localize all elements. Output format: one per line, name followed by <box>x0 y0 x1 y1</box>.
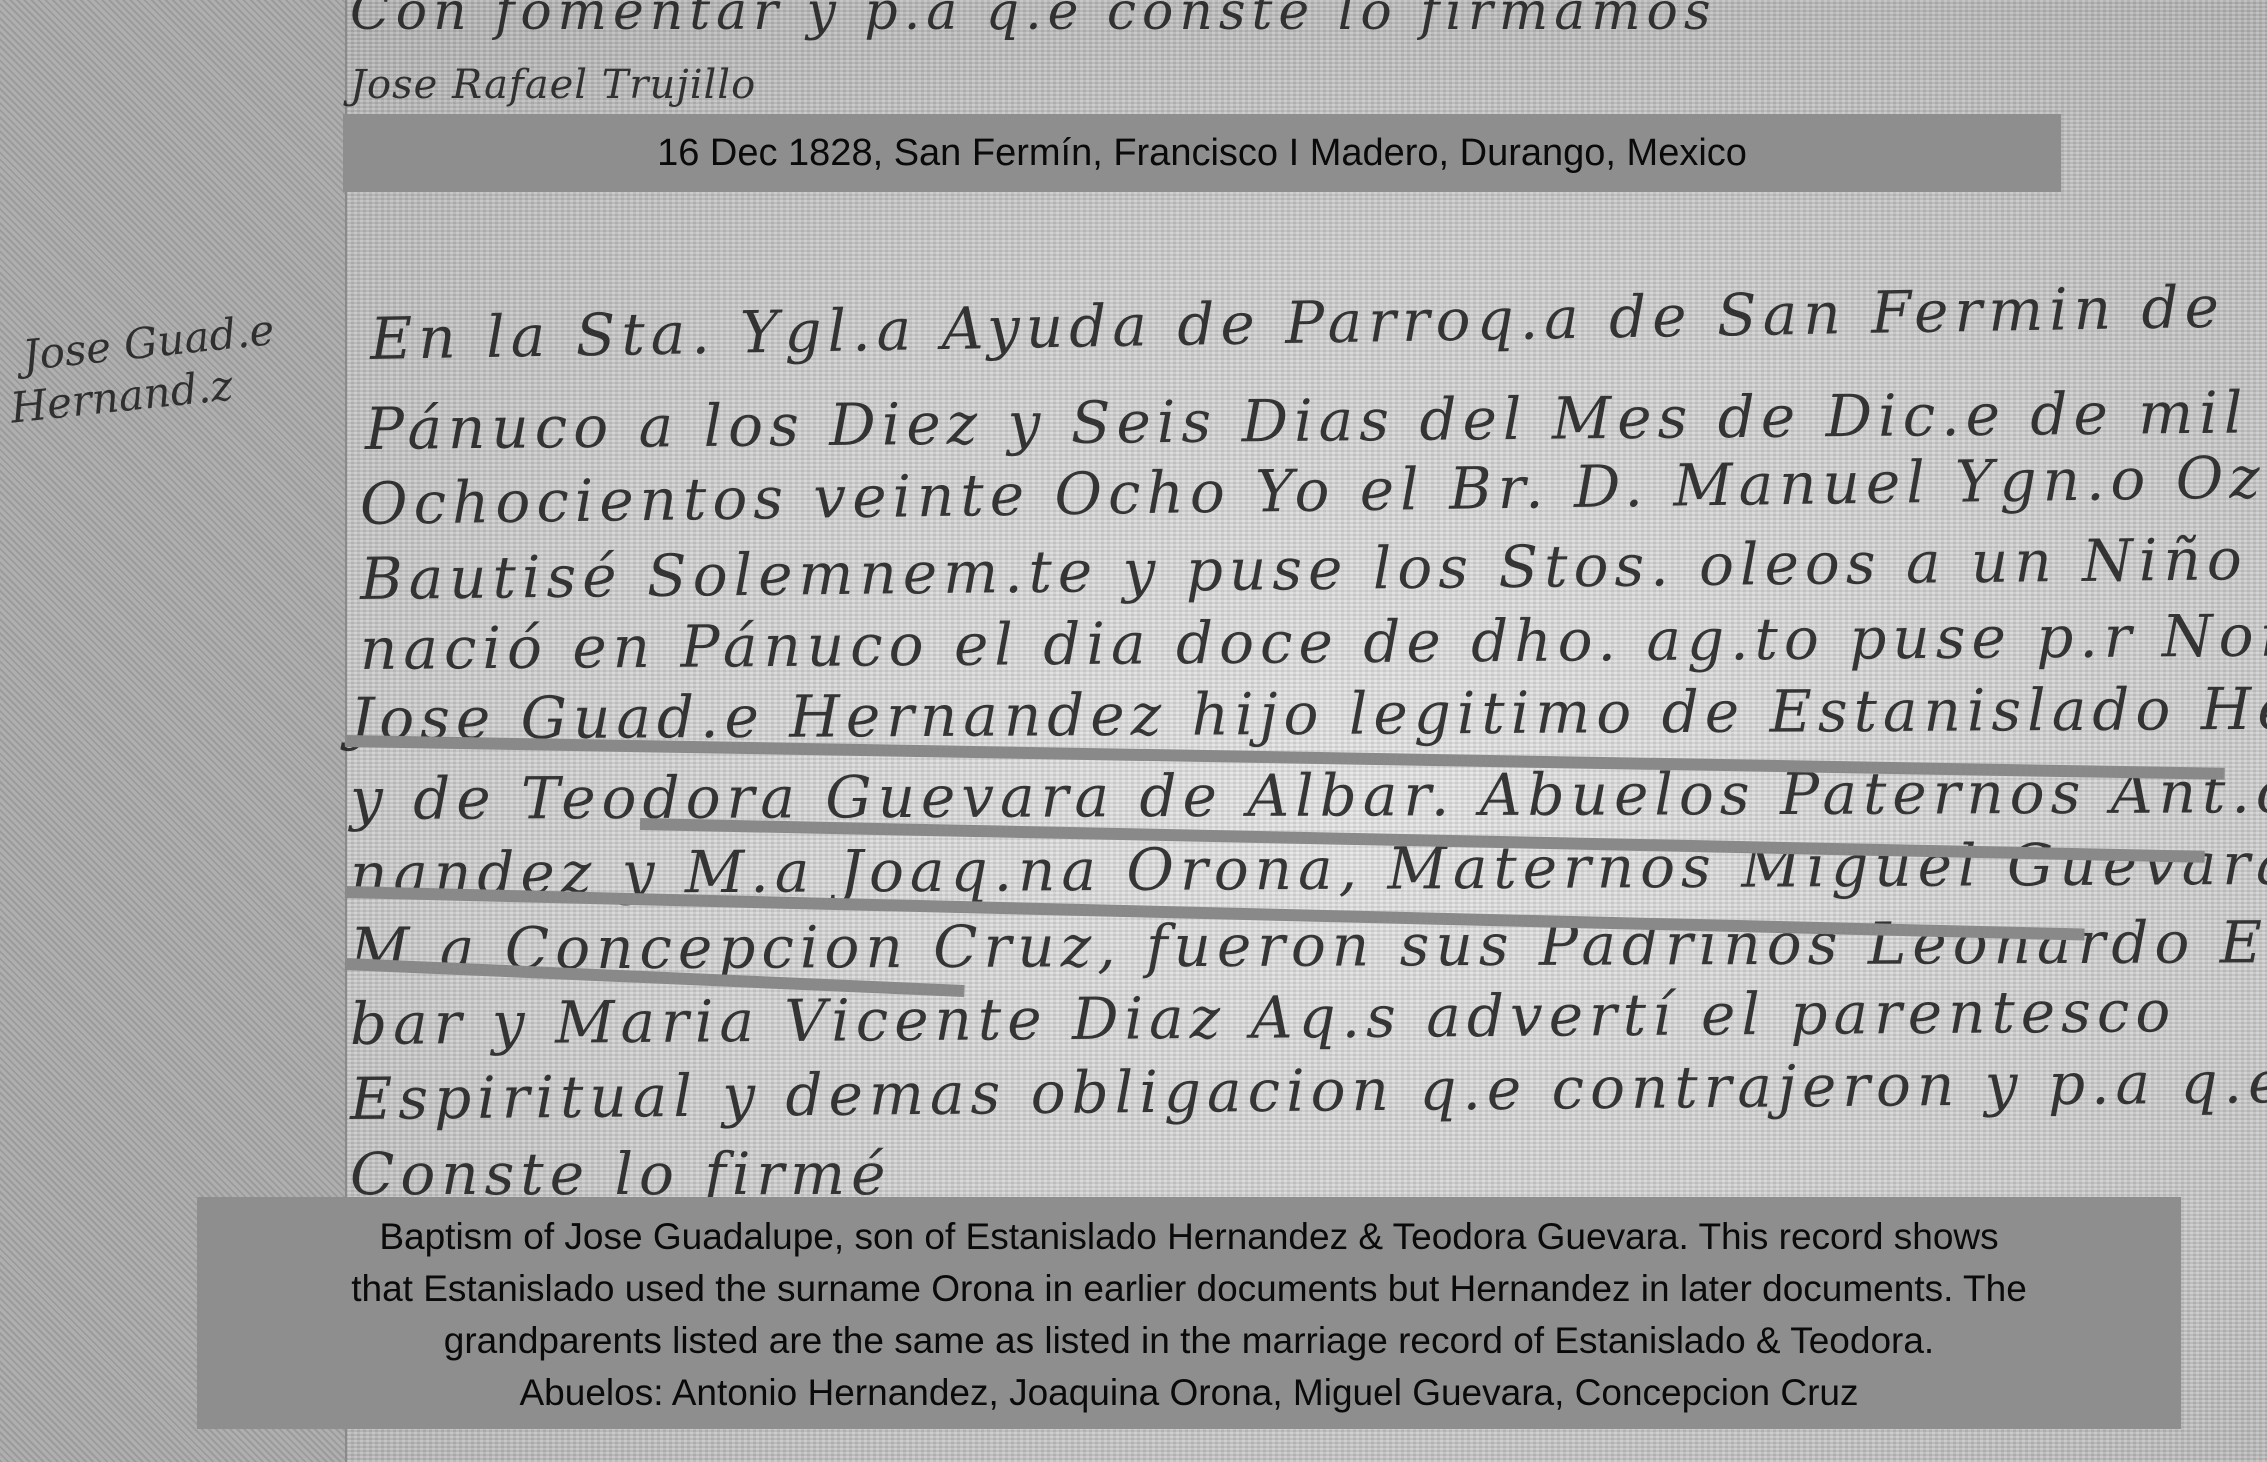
caption-line: that Estanislado used the surname Orona … <box>197 1263 2181 1315</box>
handwritten-signature: Jose Rafael Trujillo <box>350 62 756 108</box>
header-caption: 16 Dec 1828, San Fermín, Francisco I Mad… <box>343 114 2061 192</box>
footer-caption: Baptism of Jose Guadalupe, son of Estani… <box>197 1197 2181 1429</box>
caption-line: grandparents listed are the same as list… <box>197 1315 2181 1367</box>
caption-line: Abuelos: Antonio Hernandez, Joaquina Oro… <box>197 1367 2181 1419</box>
handwritten-line: bar y Maria Vicente Diaz Aq.s advertí el… <box>350 977 2177 1058</box>
handwritten-fragment-top: Con fomentar y p.a q.e conste lo firmamo… <box>350 0 1717 42</box>
caption-line: Baptism of Jose Guadalupe, son of Estani… <box>197 1211 2181 1263</box>
handwritten-line: nació en Pánuco el dia doce de dho. ag.t… <box>360 600 2267 683</box>
